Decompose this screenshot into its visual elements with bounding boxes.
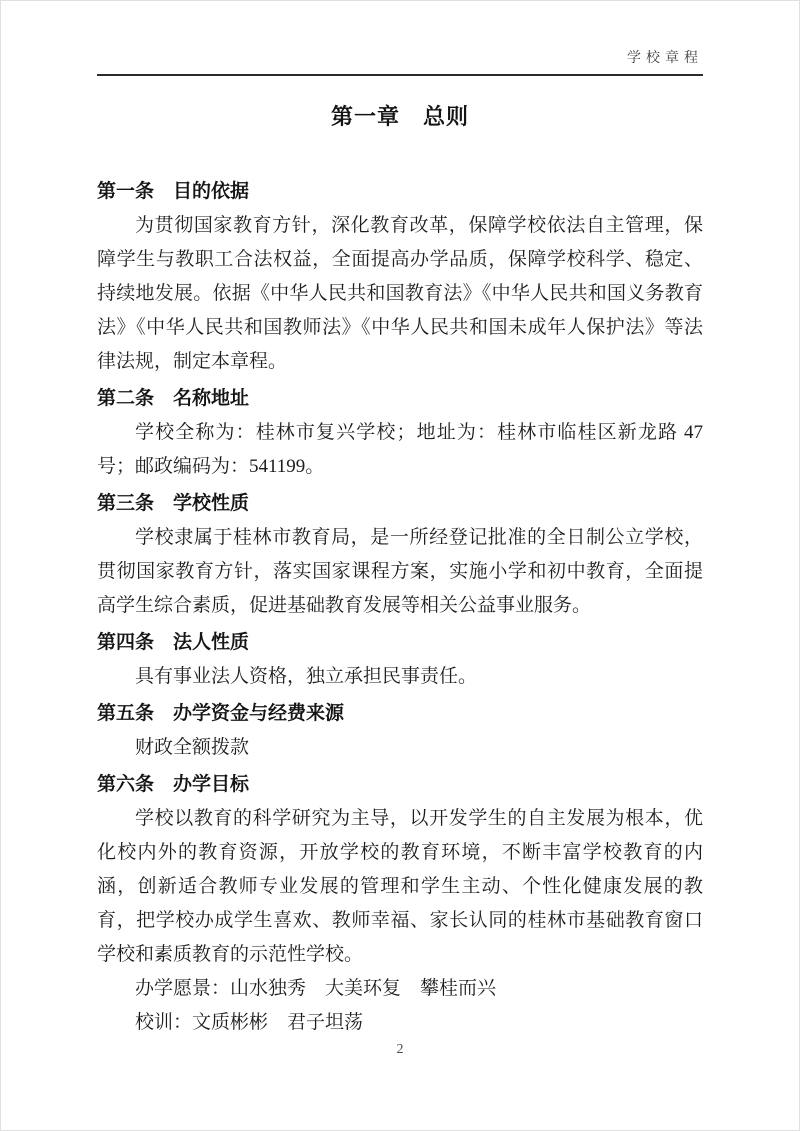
header-rule: [97, 74, 703, 76]
article-6-vision-line: 办学愿景：山水独秀 大美环复 攀桂而兴: [97, 972, 703, 1006]
article-1-paragraph: 为贯彻国家教育方针，深化教育改革，保障学校依法自主管理，保障学生与教职工合法权益…: [97, 209, 703, 379]
article-2-paragraph: 学校全称为：桂林市复兴学校；地址为：桂林市临桂区新龙路 47 号；邮政编码为：5…: [97, 416, 703, 484]
article-2-heading: 第二条 名称地址: [97, 382, 703, 416]
article-6-motto-line: 校训：文质彬彬 君子坦荡: [97, 1006, 703, 1040]
page-footer: 2: [1, 1040, 799, 1058]
article-3-paragraph: 学校隶属于桂林市教育局，是一所经登记批准的全日制公立学校，贯彻国家教育方针，落实…: [97, 521, 703, 623]
article-1-heading: 第一条 目的依据: [97, 175, 703, 209]
document-content: 第一条 目的依据 为贯彻国家教育方针，深化教育改革，保障学校依法自主管理，保障学…: [97, 175, 703, 1040]
document-page: 学校章程 第一章 总则 第一条 目的依据 为贯彻国家教育方针，深化教育改革，保障…: [0, 0, 800, 1131]
header-title: 学校章程: [627, 51, 703, 66]
article-4-paragraph: 具有事业法人资格，独立承担民事责任。: [97, 660, 703, 694]
article-5-paragraph: 财政全额拨款: [97, 731, 703, 765]
page-number: 2: [397, 1042, 404, 1057]
chapter-title: 第一章 总则: [97, 100, 703, 131]
article-5-heading: 第五条 办学资金与经费来源: [97, 697, 703, 731]
article-6-paragraph-1: 学校以教育的科学研究为主导，以开发学生的自主发展为根本，优化校内外的教育资源，开…: [97, 802, 703, 972]
page-header: 学校章程: [97, 47, 703, 69]
article-6-heading: 第六条 办学目标: [97, 768, 703, 802]
article-4-heading: 第四条 法人性质: [97, 626, 703, 660]
article-3-heading: 第三条 学校性质: [97, 487, 703, 521]
